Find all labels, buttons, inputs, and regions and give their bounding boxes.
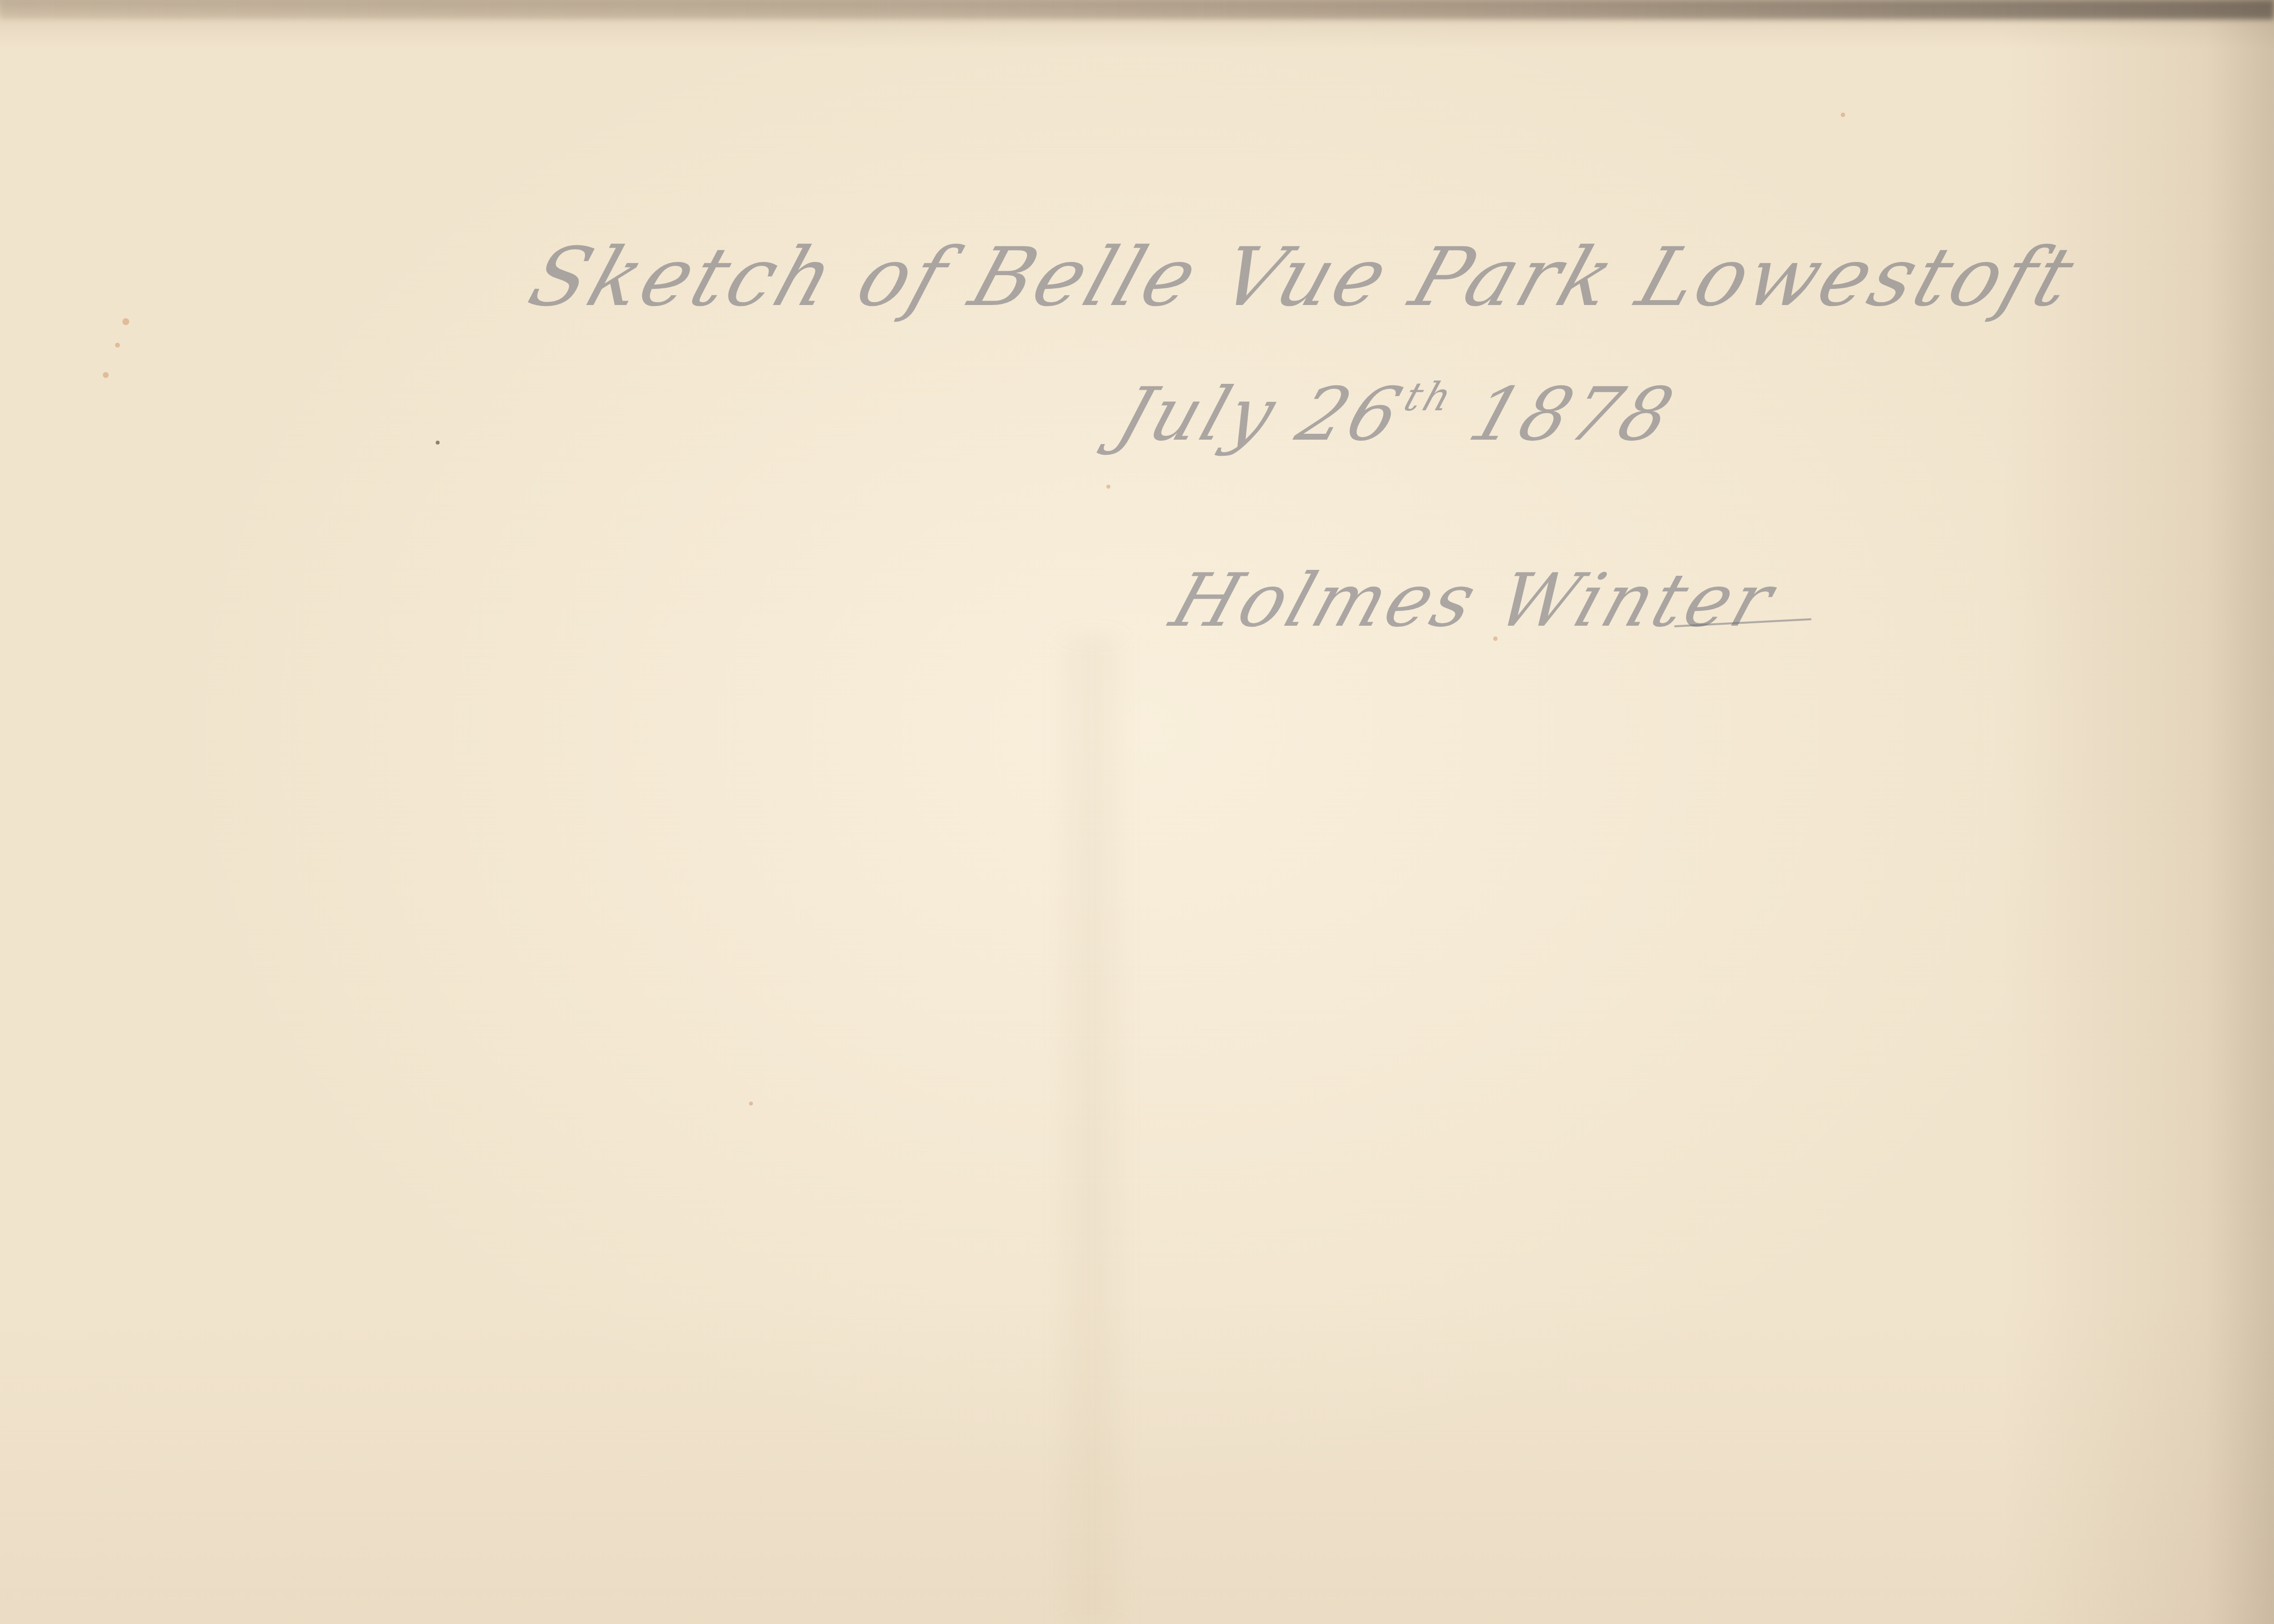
top-edge-foxing xyxy=(0,0,2274,20)
foxing-spot xyxy=(103,372,109,378)
foxing-spot xyxy=(115,343,120,348)
date-month: July xyxy=(1107,372,1289,457)
foxing-spot xyxy=(122,318,129,325)
inscription-title: Sketch of Belle Vue Park Lowestoft xyxy=(518,230,2088,324)
foxing-spot xyxy=(749,1102,753,1106)
artist-signature: Holmes Winter xyxy=(1161,558,1786,643)
date-day: 26 xyxy=(1287,372,1414,457)
foxing-spot xyxy=(1841,113,1845,117)
foxing-spot xyxy=(436,441,440,445)
paper-sheet: Sketch of Belle Vue Park Lowestoft July … xyxy=(0,0,2274,1624)
paper-crease xyxy=(1053,636,1131,1624)
foxing-spot xyxy=(1106,485,1110,489)
date-year: 1878 xyxy=(1459,372,1686,457)
inscription-date: July 26th 1878 xyxy=(1107,372,1686,457)
